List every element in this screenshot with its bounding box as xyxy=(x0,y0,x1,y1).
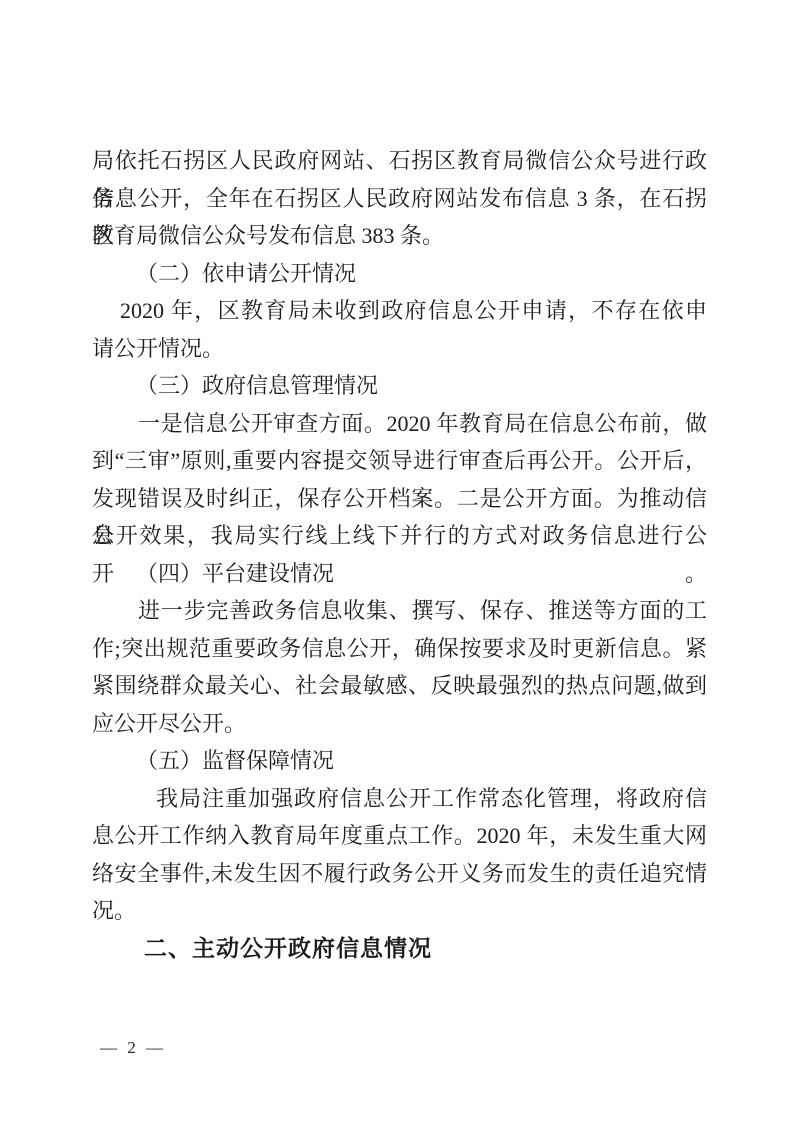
body-line: 进一步完善政务信息收集、撰写、保存、推送等方面的工 xyxy=(92,592,707,630)
body-line: 紧围绕群众最关心、社会最敏感、反映最强烈的热点问题,做到 xyxy=(92,667,707,705)
body-line: 我局注重加强政府信息公开工作常态化管理，将政府信 xyxy=(92,780,707,818)
body-line: 到“三审”原则,重要内容提交领导进行审查后再公开。公开后， xyxy=(92,442,707,480)
body-line: 发现错误及时纠正，保存公开档案。二是公开方面。为推动信息 xyxy=(92,480,707,518)
body-line: 请公开情况。 xyxy=(92,330,707,368)
body-line: 络安全事件,未发生因不履行政务公开义务而发生的责任追究情 xyxy=(92,855,707,893)
body-line: 况。 xyxy=(92,892,707,930)
section-heading: （三）政府信息管理情况 xyxy=(92,367,707,405)
body-line: 息公开工作纳入教育局年度重点工作。2020 年，未发生重大网 xyxy=(92,817,707,855)
body-line: 信息公开，全年在石拐区人民政府网站发布信息 3 条，在石拐区 xyxy=(92,180,707,218)
section-heading: （二）依申请公开情况 xyxy=(92,255,707,293)
body-line: 应公开尽公开。 xyxy=(92,705,707,743)
body-line: 教育局微信公众号发布信息 383 条。 xyxy=(92,217,707,255)
body-line: 作;突出规范重要政务信息公开，确保按要求及时更新信息。紧 xyxy=(92,630,707,668)
document-body: 局依托石拐区人民政府网站、石拐区教育局微信公众号进行政务信息公开，全年在石拐区人… xyxy=(92,142,707,967)
body-line: 公开效果，我局实行线上线下并行的方式对政务信息进行公开。 xyxy=(92,517,707,555)
chapter-heading: 二、主动公开政府信息情况 xyxy=(92,930,707,968)
body-line: 2020 年，区教育局未收到政府信息公开申请，不存在依申 xyxy=(92,292,707,330)
section-heading: （五）监督保障情况 xyxy=(92,742,707,780)
body-line: 一是信息公开审查方面。2020 年教育局在信息公布前，做 xyxy=(92,405,707,443)
page-number: — 2 — xyxy=(100,1036,166,1060)
document-page: 局依托石拐区人民政府网站、石拐区教育局微信公众号进行政务信息公开，全年在石拐区人… xyxy=(0,0,793,1122)
body-line: 局依托石拐区人民政府网站、石拐区教育局微信公众号进行政务 xyxy=(92,142,707,180)
